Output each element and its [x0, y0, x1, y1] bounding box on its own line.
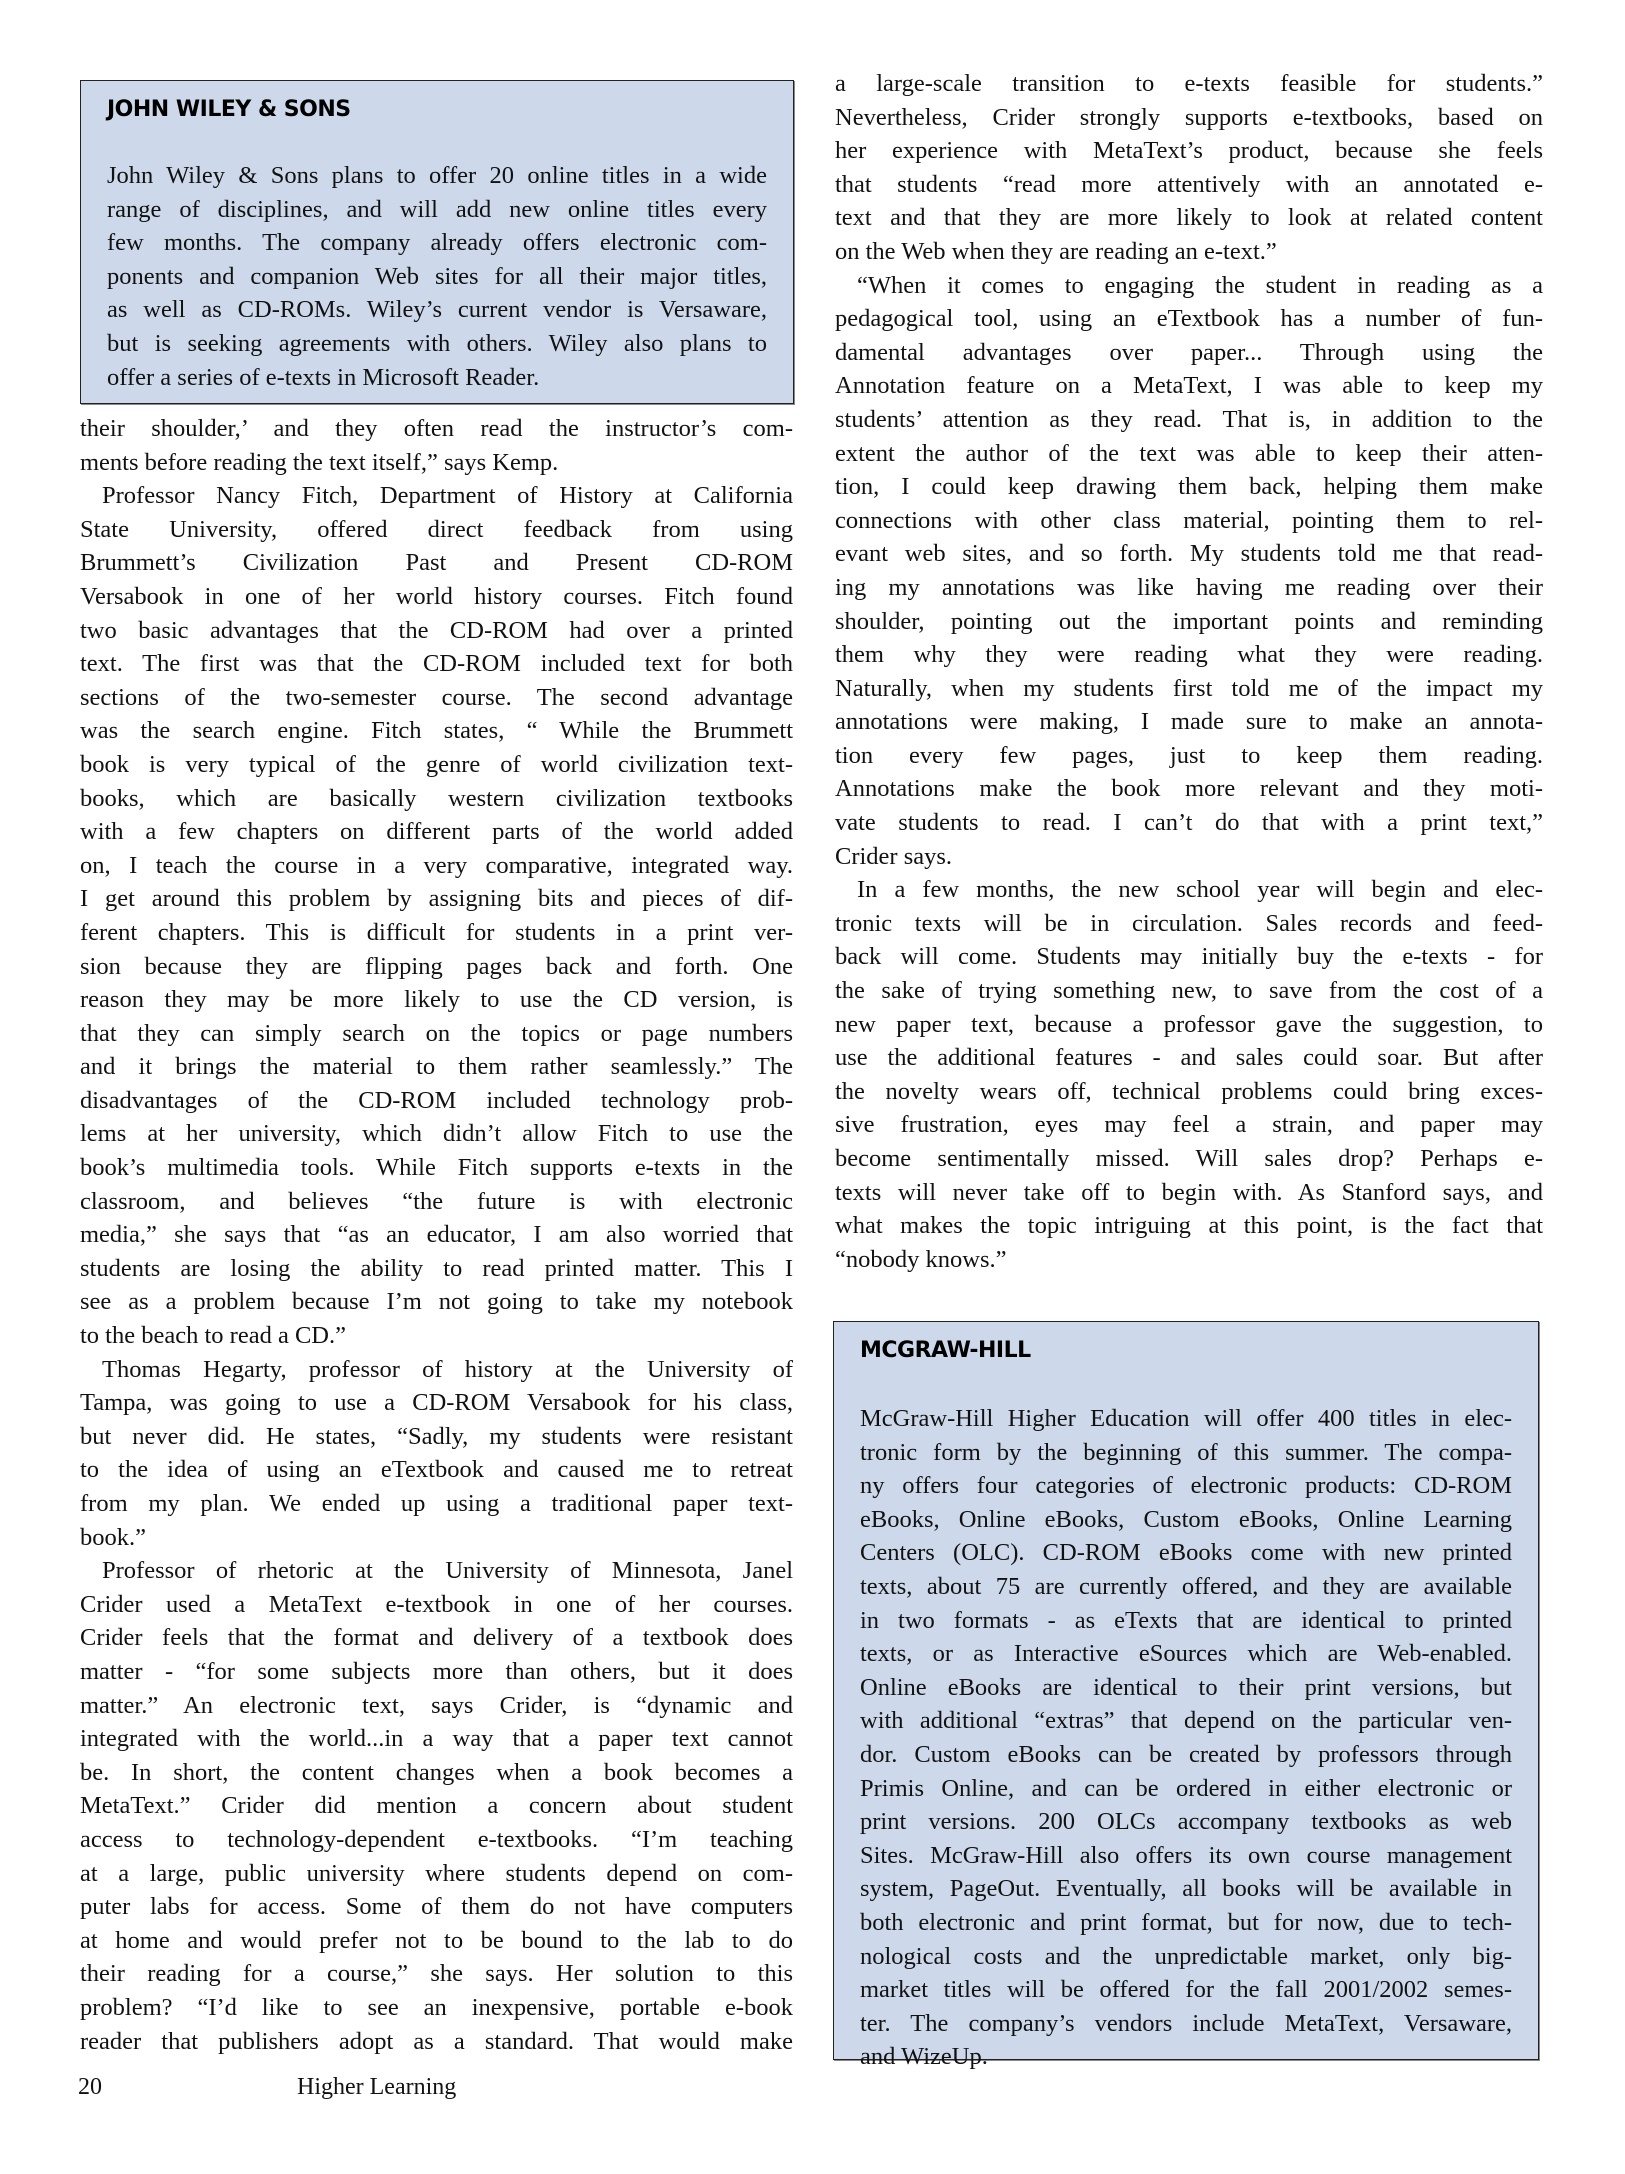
text-line: Versabook in one of her world history co…	[80, 580, 793, 614]
text-line: reader that publishers adopt as a standa…	[80, 2025, 793, 2059]
text-line: ferent chapters. This is difficult for s…	[80, 916, 793, 950]
text-line: print versions. 200 OLCs accompany textb…	[860, 1805, 1512, 1839]
text-line: shoulder, pointing out the important poi…	[835, 605, 1543, 639]
text-line: ments before reading the text itself,” s…	[80, 446, 793, 480]
text-line: sion because they are flipping pages bac…	[80, 950, 793, 984]
text-line: McGraw-Hill Higher Education will offer …	[860, 1402, 1512, 1436]
page-number: 20	[78, 2074, 102, 2101]
sidebar-body: McGraw-Hill Higher Education will offer …	[860, 1402, 1512, 2074]
text-line: Thomas Hegarty, professor of history at …	[80, 1353, 793, 1387]
text-line: to the idea of using an eTextbook and ca…	[80, 1453, 793, 1487]
text-line: a large-scale transition to e-texts feas…	[835, 67, 1543, 101]
text-line: with additional “extras” that depend on …	[860, 1704, 1512, 1738]
text-line: Centers (OLC). CD-ROM eBooks come with n…	[860, 1536, 1512, 1570]
text-line: and it brings the material to them rathe…	[80, 1050, 793, 1084]
text-line: dor. Custom eBooks can be created by pro…	[860, 1738, 1512, 1772]
text-line: nological costs and the unpredictable ma…	[860, 1940, 1512, 1974]
text-line: system, PageOut. Eventually, all books w…	[860, 1872, 1512, 1906]
text-line: that they can simply search on the topic…	[80, 1017, 793, 1051]
text-line: integrated with the world...in a way tha…	[80, 1722, 793, 1756]
text-line: Crider feels that the format and deliver…	[80, 1621, 793, 1655]
text-line: the sake of trying something new, to sav…	[835, 974, 1543, 1008]
text-line: access to technology-dependent e-textboo…	[80, 1823, 793, 1857]
text-line: offer a series of e-texts in Microsoft R…	[107, 361, 767, 395]
paragraph: Thomas Hegarty, professor of history at …	[80, 1353, 793, 1555]
text-line: market titles will be offered for the fa…	[860, 1973, 1512, 2007]
text-line: “nobody knows.”	[835, 1243, 1543, 1277]
text-line: in two formats - as eTexts that are iden…	[860, 1604, 1512, 1638]
text-line: media,” she says that “as an educator, I…	[80, 1218, 793, 1252]
text-line: her experience with MetaText’s product, …	[835, 134, 1543, 168]
text-line: sive frustration, eyes may feel a strain…	[835, 1108, 1543, 1142]
text-line: as well as CD-ROMs. Wiley’s current vend…	[107, 293, 767, 327]
text-line: ing my annotations was like having me re…	[835, 571, 1543, 605]
text-line: Sites. McGraw-Hill also offers its own c…	[860, 1839, 1512, 1873]
text-line: text. The first was that the CD-ROM incl…	[80, 647, 793, 681]
text-line: but is seeking agreements with others. W…	[107, 327, 767, 361]
sidebar-body: John Wiley & Sons plans to offer 20 onli…	[107, 159, 767, 394]
text-line: at a large, public university where stud…	[80, 1857, 793, 1891]
text-line: book.”	[80, 1521, 793, 1555]
text-line: use the additional features - and sales …	[835, 1041, 1543, 1075]
text-line: book is very typical of the genre of wor…	[80, 748, 793, 782]
paragraph: “When it comes to engaging the student i…	[835, 269, 1543, 874]
text-line: their reading for a course,” she says. H…	[80, 1957, 793, 1991]
text-line: be. In short, the content changes when a…	[80, 1756, 793, 1790]
text-line: John Wiley & Sons plans to offer 20 onli…	[107, 159, 767, 193]
text-line: their shoulder,’ and they often read the…	[80, 412, 793, 446]
sidebar-mcgraw-hill: MCGRAW-HILL McGraw-Hill Higher Education…	[833, 1321, 1539, 2060]
text-line: Primis Online, and can be ordered in eit…	[860, 1772, 1512, 1806]
text-line: Online eBooks are identical to their pri…	[860, 1671, 1512, 1705]
text-line: lems at her university, which didn’t all…	[80, 1117, 793, 1151]
text-line: “When it comes to engaging the student i…	[835, 269, 1543, 303]
text-line: to the beach to read a CD.”	[80, 1319, 793, 1353]
text-line: tion every few pages, just to keep them …	[835, 739, 1543, 773]
text-line: both electronic and print format, but fo…	[860, 1906, 1512, 1940]
text-line: on the Web when they are reading an e-te…	[835, 235, 1543, 269]
text-line: but never did. He states, “Sadly, my stu…	[80, 1420, 793, 1454]
text-line: reason they may be more likely to use th…	[80, 983, 793, 1017]
text-line: Brummett’s Civilization Past and Present…	[80, 546, 793, 580]
text-line: classroom, and believes “the future is w…	[80, 1185, 793, 1219]
text-line: State University, offered direct feedbac…	[80, 513, 793, 547]
paragraph: Professor Nancy Fitch, Department of His…	[80, 479, 793, 1352]
text-line: texts will never take off to begin with.…	[835, 1176, 1543, 1210]
text-line: was the search engine. Fitch states, “ W…	[80, 714, 793, 748]
text-line: become sentimentally missed. Will sales …	[835, 1142, 1543, 1176]
text-line: that students “read more attentively wit…	[835, 168, 1543, 202]
text-line: texts, about 75 are currently offered, a…	[860, 1570, 1512, 1604]
text-line: texts, or as Interactive eSources which …	[860, 1637, 1512, 1671]
text-line: Professor Nancy Fitch, Department of His…	[80, 479, 793, 513]
text-line: Crider says.	[835, 840, 1543, 874]
text-line: back will come. Students may initially b…	[835, 940, 1543, 974]
text-line: problem? “I’d like to see an inexpensive…	[80, 1991, 793, 2025]
text-line: disadvantages of the CD-ROM included tec…	[80, 1084, 793, 1118]
text-line: and WizeUp.	[860, 2040, 1512, 2074]
text-line: connections with other class material, p…	[835, 504, 1543, 538]
text-line: see as a problem because I’m not going t…	[80, 1285, 793, 1319]
text-line: In a few months, the new school year wil…	[835, 873, 1543, 907]
text-line: vate students to read. I can’t do that w…	[835, 806, 1543, 840]
text-line: pedagogical tool, using an eTextbook has…	[835, 302, 1543, 336]
text-line: students’ attention as they read. That i…	[835, 403, 1543, 437]
text-line: what makes the topic intriguing at this …	[835, 1209, 1543, 1243]
text-line: damental advantages over paper... Throug…	[835, 336, 1543, 370]
paragraph: Professor of rhetoric at the University …	[80, 1554, 793, 2058]
text-line: Crider used a MetaText e-textbook in one…	[80, 1588, 793, 1622]
text-line: range of disciplines, and will add new o…	[107, 193, 767, 227]
right-column: a large-scale transition to e-texts feas…	[835, 67, 1543, 1276]
paragraph: a large-scale transition to e-texts feas…	[835, 67, 1543, 269]
text-line: with a few chapters on different parts o…	[80, 815, 793, 849]
sidebar-heading: MCGRAW-HILL	[860, 1336, 1512, 1366]
text-line: sections of the two-semester course. The…	[80, 681, 793, 715]
text-line: Annotations make the book more relevant …	[835, 772, 1543, 806]
paragraph: their shoulder,’ and they often read the…	[80, 412, 793, 479]
left-column: their shoulder,’ and they often read the…	[80, 412, 793, 2058]
text-line: at home and would prefer not to be bound…	[80, 1924, 793, 1958]
text-line: matter - “for some subjects more than ot…	[80, 1655, 793, 1689]
text-line: Tampa, was going to use a CD-ROM Versabo…	[80, 1386, 793, 1420]
text-line: ny offers four categories of electronic …	[860, 1469, 1512, 1503]
text-line: ponents and companion Web sites for all …	[107, 260, 767, 294]
text-line: matter.” An electronic text, says Crider…	[80, 1689, 793, 1723]
paragraph: In a few months, the new school year wil…	[835, 873, 1543, 1276]
text-line: tronic texts will be in circulation. Sal…	[835, 907, 1543, 941]
text-line: new paper text, because a professor gave…	[835, 1008, 1543, 1042]
text-line: Naturally, when my students first told m…	[835, 672, 1543, 706]
text-line: Nevertheless, Crider strongly supports e…	[835, 101, 1543, 135]
text-line: the novelty wears off, technical problem…	[835, 1075, 1543, 1109]
text-line: Annotation feature on a MetaText, I was …	[835, 369, 1543, 403]
text-line: on, I teach the course in a very compara…	[80, 849, 793, 883]
text-line: book’s multimedia tools. While Fitch sup…	[80, 1151, 793, 1185]
sidebar-john-wiley: JOHN WILEY & SONS John Wiley & Sons plan…	[80, 80, 794, 404]
text-line: evant web sites, and so forth. My studen…	[835, 537, 1543, 571]
text-line: few months. The company already offers e…	[107, 226, 767, 260]
text-line: text and that they are more likely to lo…	[835, 201, 1543, 235]
text-line: tronic form by the beginning of this sum…	[860, 1436, 1512, 1470]
text-line: from my plan. We ended up using a tradit…	[80, 1487, 793, 1521]
text-line: MetaText.” Crider did mention a concern …	[80, 1789, 793, 1823]
publication-title: Higher Learning	[297, 2074, 456, 2101]
text-line: Professor of rhetoric at the University …	[80, 1554, 793, 1588]
text-line: annotations were making, I made sure to …	[835, 705, 1543, 739]
text-line: I get around this problem by assigning b…	[80, 882, 793, 916]
text-line: ter. The company’s vendors include MetaT…	[860, 2007, 1512, 2041]
text-line: books, which are basically western civil…	[80, 782, 793, 816]
text-line: two basic advantages that the CD-ROM had…	[80, 614, 793, 648]
text-line: them why they were reading what they wer…	[835, 638, 1543, 672]
sidebar-heading: JOHN WILEY & SONS	[107, 95, 769, 125]
text-line: eBooks, Online eBooks, Custom eBooks, On…	[860, 1503, 1512, 1537]
text-line: students are losing the ability to read …	[80, 1252, 793, 1286]
text-line: tion, I could keep drawing them back, he…	[835, 470, 1543, 504]
text-line: extent the author of the text was able t…	[835, 437, 1543, 471]
text-line: puter labs for access. Some of them do n…	[80, 1890, 793, 1924]
